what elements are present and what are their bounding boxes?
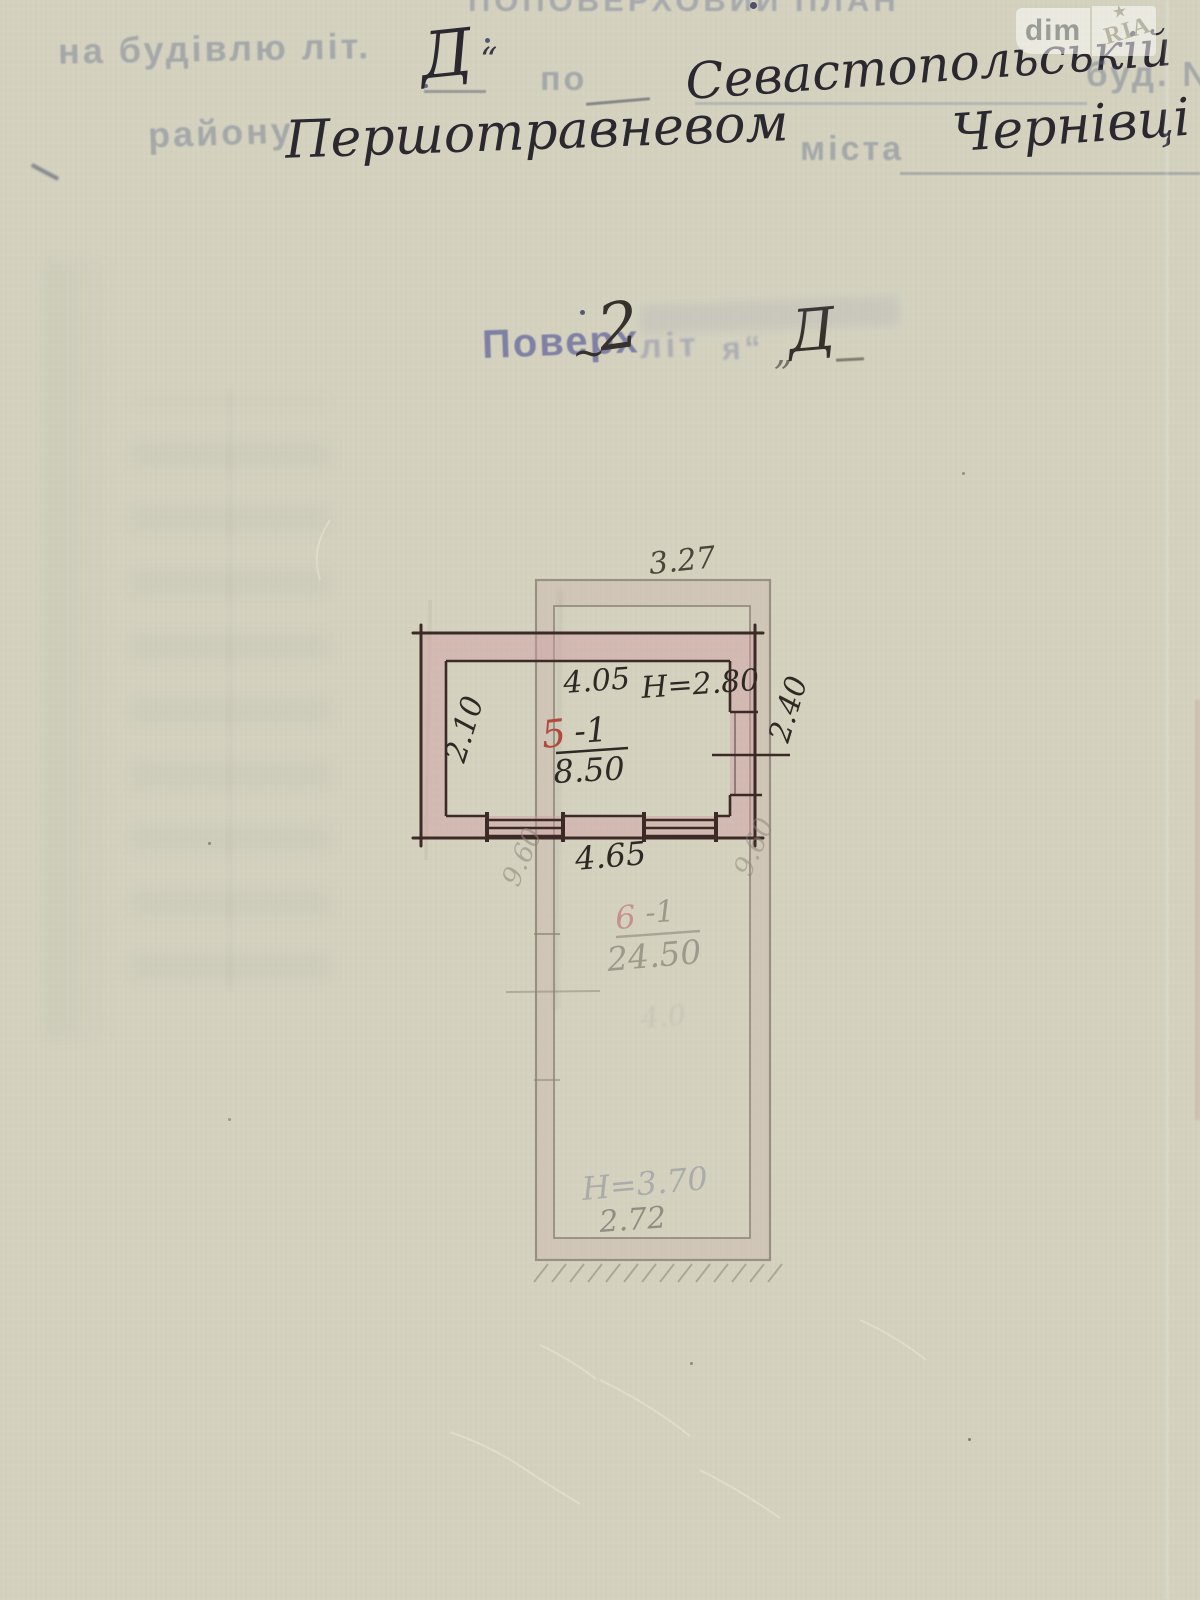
- paper-speck: [208, 842, 211, 845]
- room5-wall-tint: [421, 633, 755, 838]
- door-opening: [712, 712, 790, 795]
- room6-inner-wall: [554, 606, 750, 1238]
- room6-ceiling-height: Н=3.70: [579, 1159, 709, 1208]
- site-watermark: dim ★ RIA: [1016, 8, 1156, 56]
- right-edge-tint: [1195, 700, 1200, 1120]
- ink-speck: [750, 2, 757, 9]
- bleed-through-table: [130, 400, 330, 980]
- ground-hatching: [534, 1264, 782, 1282]
- building-letter-quote: “: [480, 40, 497, 80]
- room5-number: 5: [539, 711, 568, 757]
- form-line2-mista: міста: [800, 130, 904, 169]
- stamp-letter: Д: [785, 294, 838, 366]
- form-title: ПОПОВЕРХОВИЙ ПЛАН: [468, 0, 900, 19]
- room5-number-suffix: -1: [573, 710, 609, 752]
- paper-texture: [0, 0, 1200, 1600]
- vertical-crease: [1164, 0, 1169, 1600]
- ink-speck: [580, 310, 585, 315]
- form-line2-prefix: району: [147, 109, 294, 156]
- floor-stamp-tail: я“: [721, 329, 765, 367]
- ink-speck: [424, 84, 428, 88]
- room5-outer-wall: [413, 625, 763, 846]
- dash-after-letter: [836, 357, 864, 361]
- room6-number-suffix: -1: [644, 894, 676, 931]
- room6-fraction-line: [616, 931, 700, 937]
- watermark-ria: ★ RIA: [1092, 6, 1156, 56]
- dim-side-right: 9.60: [728, 813, 781, 881]
- paper-speck: [228, 1118, 231, 1121]
- paper-speck: [962, 472, 965, 475]
- watermark-ria-label: RIA: [1101, 12, 1154, 51]
- room5-ceiling-height: Н=2.80: [639, 663, 760, 706]
- form-line1-po: по: [540, 60, 587, 99]
- room6-faint-smudge: 4.0: [639, 998, 687, 1035]
- left-extension-line: [506, 991, 600, 992]
- room5-left-width: 2.10: [438, 692, 491, 767]
- corner-ink-mark: [31, 163, 59, 181]
- room5-area: 8.50: [552, 749, 625, 791]
- blank-line-city: [900, 172, 1200, 175]
- room5-bottom-width: 4.65: [572, 834, 647, 878]
- watermark-dim-label: dim: [1025, 14, 1081, 48]
- floor-number-flourish: ~: [572, 330, 606, 376]
- window: [644, 812, 716, 842]
- bleed-through-column-line: [228, 390, 231, 990]
- dim-top-width: 3.27: [647, 540, 718, 582]
- building-letter: Д: [416, 15, 475, 94]
- room5-inner-wall: [446, 661, 730, 816]
- district-name: Першотравневом: [284, 93, 789, 171]
- room6-outer-wall: [536, 580, 770, 1260]
- room5-fraction-line: [556, 748, 628, 753]
- paper-speck: [968, 1438, 971, 1441]
- form-line1-prefix: на будівлю літ.: [58, 25, 372, 72]
- room5-width: 4.05: [561, 661, 631, 701]
- floor-stamp-lit: літ: [639, 326, 700, 367]
- room5-right-width: 2.40: [762, 672, 815, 747]
- room6-area: 24.50: [604, 932, 703, 979]
- window: [487, 812, 563, 842]
- floor-plan-drawing: 3.27 4.05 Н=2.80 5 -1 8.50 2.10 2.40 4.6…: [0, 0, 1200, 1600]
- scan-vignette: [0, 0, 1200, 1600]
- paper-speck: [690, 1362, 693, 1365]
- scanned-floor-plan-document: ПОПОВЕРХОВИЙ ПЛАН на будівлю літ. Д “ по…: [0, 0, 1200, 1600]
- ink-speck: [485, 38, 490, 43]
- bleed-through-left: [45, 260, 115, 1040]
- room6-wall-tint: [536, 580, 770, 1260]
- room6-number: 6: [614, 898, 637, 937]
- room6-bottom-width: 2.72: [597, 1200, 667, 1240]
- dim-side-left: 9.60: [496, 823, 549, 891]
- blank-line-under-letter: [424, 90, 486, 93]
- watermark-dim: dim: [1016, 8, 1090, 54]
- paper-scratches: [317, 520, 926, 1518]
- city-name: Чернівці: [950, 88, 1192, 164]
